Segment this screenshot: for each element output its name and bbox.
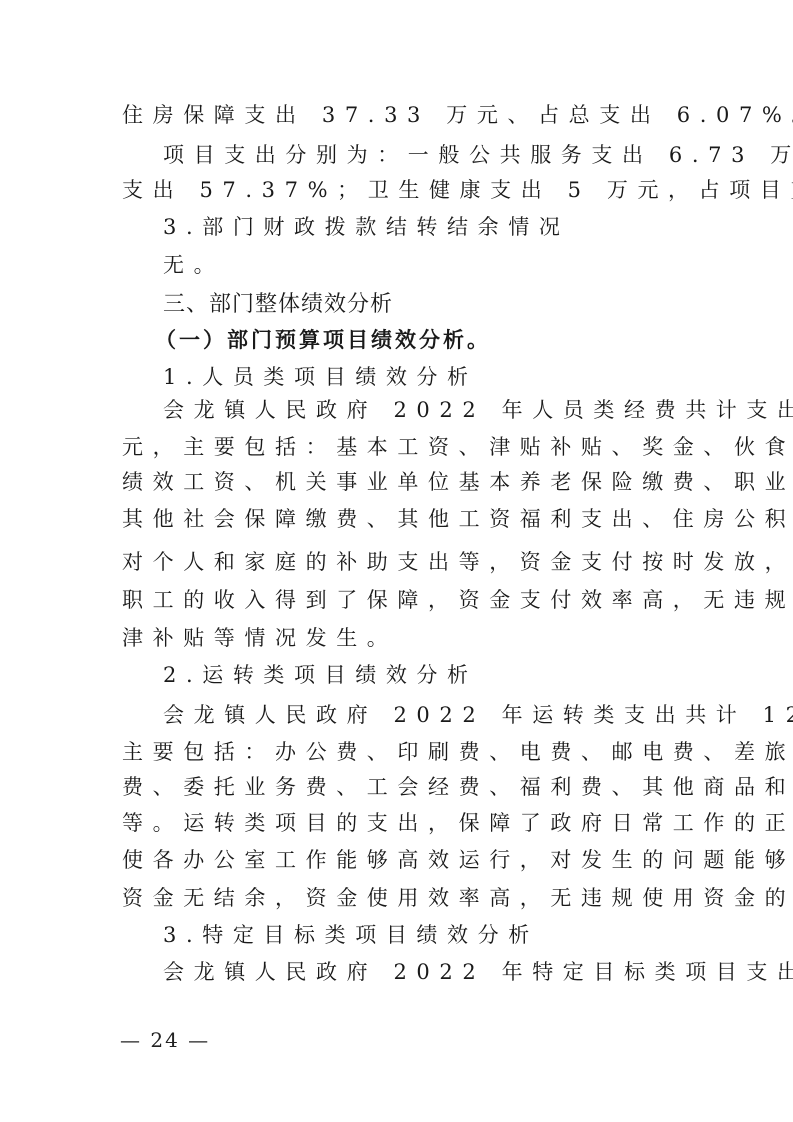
heading-overall-performance: 三、部门整体绩效分析 bbox=[163, 290, 723, 320]
paragraph-operations-line-4: 等。运转类项目的支出，保障了政府日常工作的正常运转， bbox=[122, 808, 682, 838]
document-page: 住房保障支出 37.33 万元、占总支出 6.07%。 项目支出分别为：一般公共… bbox=[0, 0, 793, 1122]
paragraph-personnel-line-7: 津补贴等情况发生。 bbox=[122, 623, 682, 653]
paragraph-operations-line-1: 会龙镇人民政府 2022 年运转类支出共计 121.48 万元， bbox=[163, 700, 723, 730]
paragraph-personnel-line-3: 绩效工资、机关事业单位基本养老保险缴费、职业年金缴费、 bbox=[122, 467, 682, 497]
paragraph-operations-line-3: 费、委托业务费、工会经费、福利费、其他商品和服务支出 bbox=[122, 772, 682, 802]
paragraph-personnel-line-4: 其他社会保障缴费、其他工资福利支出、住房公积金、其他 bbox=[122, 504, 682, 534]
text-line-project-expense: 项目支出分别为：一般公共服务支出 6.73 万元、占总 bbox=[163, 140, 723, 170]
paragraph-personnel-line-1: 会龙镇人民政府 2022 年人员类经费共计支出 493.59 万 bbox=[163, 395, 723, 425]
subheading-budget-project-performance: （一）部门预算项目绩效分析。 bbox=[155, 325, 715, 355]
section-title-specific-target: 3.特定目标类项目绩效分析 bbox=[163, 920, 723, 950]
page-number: — 24 — bbox=[120, 1026, 210, 1054]
paragraph-specific-target-line-1: 会龙镇人民政府 2022 年特定目标类项目支出共 11.73 bbox=[163, 957, 723, 987]
paragraph-operations-line-2: 主要包括：办公费、印刷费、电费、邮电费、差旅费、劳务 bbox=[122, 737, 682, 767]
paragraph-operations-line-5: 使各办公室工作能够高效运行，对发生的问题能够及时处理， bbox=[122, 845, 682, 875]
paragraph-personnel-line-5: 对个人和家庭的补助支出等，资金支付按时发放，全镇干部 bbox=[122, 547, 682, 577]
paragraph-personnel-line-2: 元，主要包括：基本工资、津贴补贴、奖金、伙食补助费、 bbox=[122, 432, 682, 462]
text-line-project-expense-cont: 支出 57.37%；卫生健康支出 5 万元，占项目支出 42.63%。 bbox=[122, 175, 682, 205]
section-title-operations: 2.运转类项目绩效分析 bbox=[163, 660, 723, 690]
section-title-personnel: 1.人员类项目绩效分析 bbox=[163, 362, 723, 392]
text-line-none: 无。 bbox=[163, 250, 723, 280]
paragraph-operations-line-6: 资金无结余，资金使用效率高，无违规使用资金的情况。 bbox=[122, 883, 682, 913]
paragraph-personnel-line-6: 职工的收入得到了保障，资金支付效率高，无违规发放工资 bbox=[122, 585, 682, 615]
section-title-carryover: 3.部门财政拨款结转结余情况 bbox=[163, 212, 723, 242]
text-line-housing-expense: 住房保障支出 37.33 万元、占总支出 6.07%。 bbox=[122, 100, 682, 130]
